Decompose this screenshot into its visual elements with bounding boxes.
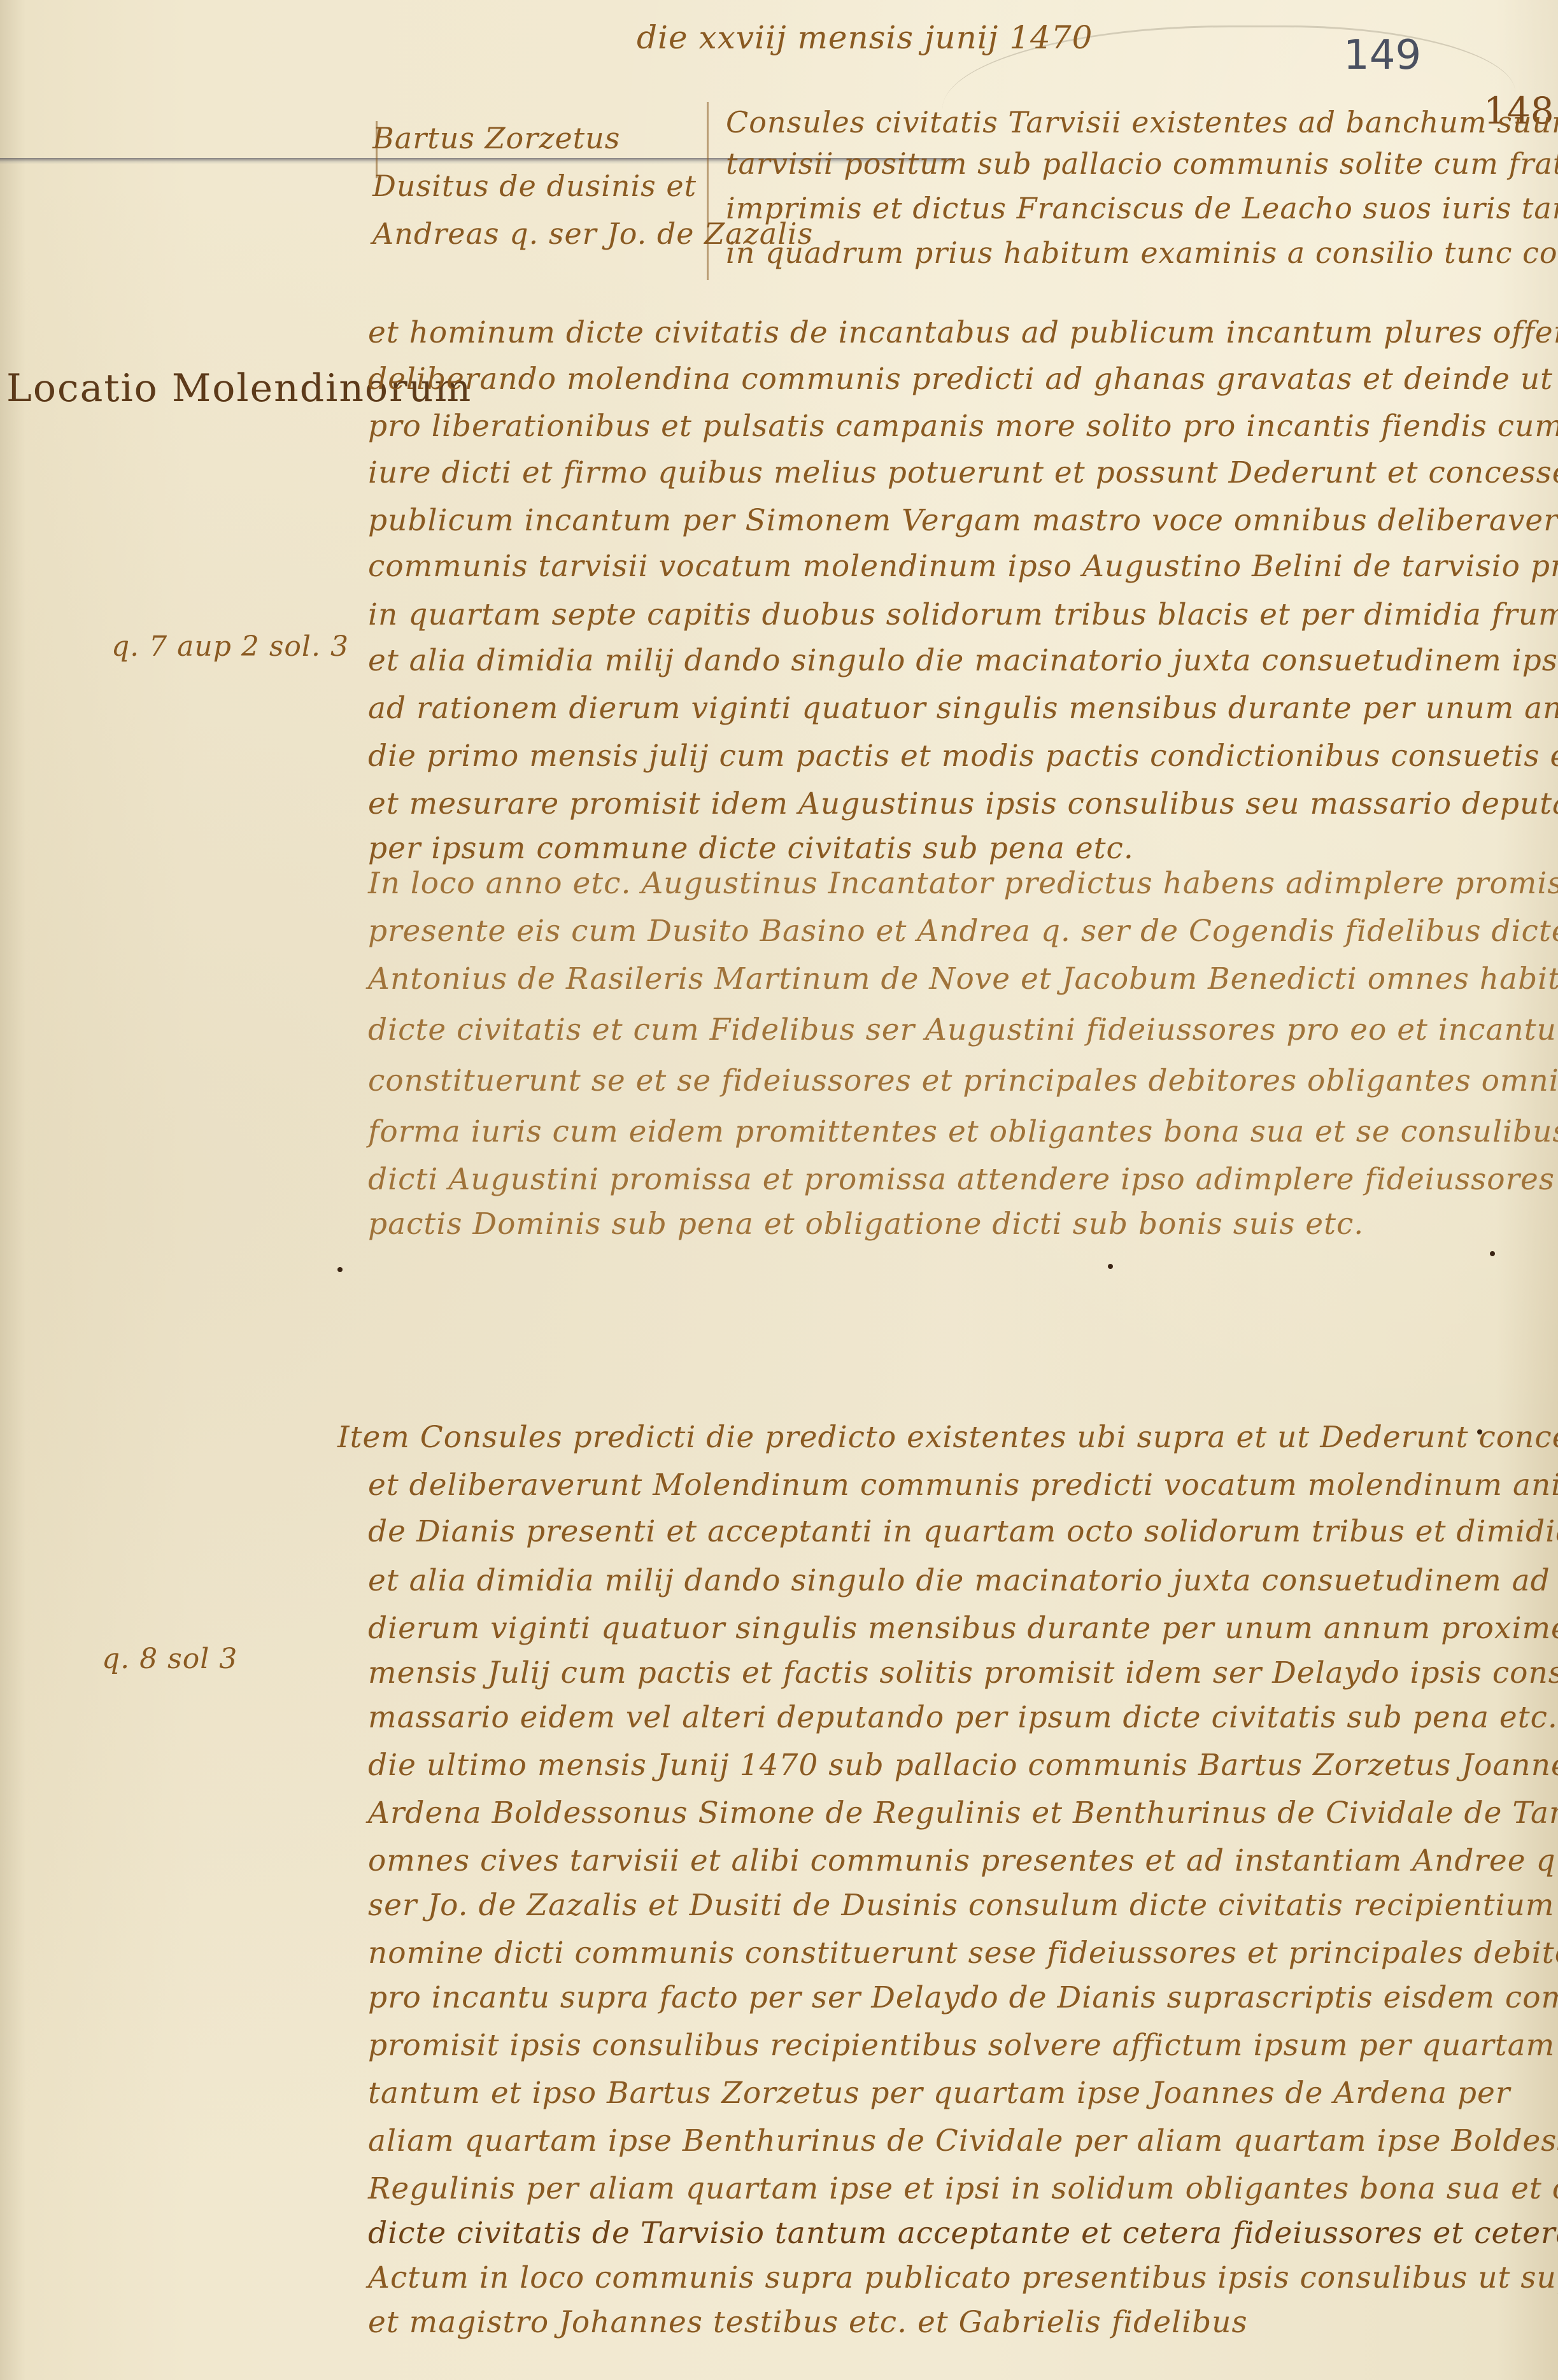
text-line: Antonius de Rasileris Martinum de Nove e… xyxy=(368,961,1558,996)
text-line: dicti Augustini promissa et promissa att… xyxy=(368,1162,1558,1197)
text-line: presente eis cum Dusito Basino et Andrea… xyxy=(368,914,1558,949)
ink-spot xyxy=(337,1267,343,1272)
text-line: mensis Julij cum pactis et factis soliti… xyxy=(368,1655,1558,1690)
name-line-1: Bartus Zorzetus xyxy=(372,121,620,155)
intro-line-4: in quadrum prius habitum examinis a cons… xyxy=(726,236,1558,270)
text-line: deliberando molendina communis predicti … xyxy=(368,362,1558,397)
text-line: et alia dimidia milij dando singulo die … xyxy=(368,1563,1558,1598)
text-line: forma iuris cum eidem promittentes et ob… xyxy=(368,1114,1558,1149)
ink-spot xyxy=(1490,1251,1495,1256)
text-line: promisit ipsis consulibus recipientibus … xyxy=(368,2028,1558,2063)
text-line: pro incantu supra facto per ser Delaydo … xyxy=(368,1980,1558,2015)
folio-number-pencil: 149 xyxy=(1343,32,1421,79)
text-line: Item Consules predicti die predicto exis… xyxy=(337,1420,1558,1455)
text-line: tantum et ipso Bartus Zorzetus per quart… xyxy=(368,2076,1510,2111)
text-line: die primo mensis julij cum pactis et mod… xyxy=(368,739,1558,774)
intro-line-2: tarvisii positum sub pallacio communis s… xyxy=(726,146,1558,181)
text-line: in quartam septe capitis duobus solidoru… xyxy=(368,597,1558,632)
text-line: die ultimo mensis Junij 1470 sub pallaci… xyxy=(368,1748,1558,1783)
manuscript-page: die xxviij mensis junij 1470 149 148 Bar… xyxy=(0,0,1558,2380)
text-line: Ardena Boldessonus Simone de Regulinis e… xyxy=(368,1796,1558,1831)
ink-spot xyxy=(1477,1429,1482,1434)
header-date: die xxviij mensis junij 1470 xyxy=(637,19,1093,56)
text-line: aliam quartam ipse Benthurinus de Civida… xyxy=(368,2123,1558,2158)
text-line: et mesurare promisit idem Augustinus ips… xyxy=(368,786,1558,821)
intro-line-3: imprimis et dictus Franciscus de Leacho … xyxy=(726,191,1558,225)
text-line: pro liberationibus et pulsatis campanis … xyxy=(368,409,1558,444)
name-line-2: Dusitus de dusinis et xyxy=(372,169,697,203)
text-line: constituerunt se et se fideiussores et p… xyxy=(368,1063,1558,1098)
margin-note-2: q. 8 sol 3 xyxy=(102,1643,237,1675)
margin-note-1: q. 7 aup 2 sol. 3 xyxy=(111,630,349,663)
text-line: dicte civitatis et cum Fidelibus ser Aug… xyxy=(368,1012,1558,1047)
text-line: ad rationem dierum viginti quatuor singu… xyxy=(368,691,1558,726)
text-line: de Dianis presenti et acceptanti in quar… xyxy=(368,1514,1558,1549)
text-line: pactis Dominis sub pena et obligatione d… xyxy=(368,1207,1364,1242)
intro-bracket xyxy=(707,102,712,280)
ink-spot xyxy=(1108,1264,1113,1269)
text-line: communis tarvisii vocatum molendinum ips… xyxy=(368,549,1558,584)
text-line: omnes cives tarvisii et alibi communis p… xyxy=(368,1843,1558,1878)
text-line: Regulinis per aliam quartam ipse et ipsi… xyxy=(368,2171,1558,2206)
text-line: iure dicti et firmo quibus melius potuer… xyxy=(368,455,1558,490)
text-line: In loco anno etc. Augustinus Incantator … xyxy=(368,866,1558,901)
text-line: Actum in loco communis supra publicato p… xyxy=(368,2260,1558,2295)
text-line: et magistro Johannes testibus etc. et Ga… xyxy=(368,2305,1248,2340)
text-line: ser Jo. de Zazalis et Dusiti de Dusinis … xyxy=(368,1888,1554,1923)
text-line: dierum viginti quatuor singulis mensibus… xyxy=(368,1611,1558,1646)
text-line: et deliberaverunt Molendinum communis pr… xyxy=(368,1468,1558,1503)
intro-line-1: Consules civitatis Tarvisii existentes a… xyxy=(726,105,1558,139)
text-line: et alia dimidia milij dando singulo die … xyxy=(368,643,1558,678)
text-line: per ipsum commune dicte civitatis sub pe… xyxy=(368,831,1134,866)
text-line: nomine dicti communis constituerunt sese… xyxy=(368,1936,1558,1971)
text-line: publicum incantum per Simonem Vergam mas… xyxy=(368,503,1558,538)
text-line: massario eidem vel alteri deputando per … xyxy=(368,1700,1558,1735)
text-line: dicte civitatis de Tarvisio tantum accep… xyxy=(368,2216,1558,2251)
text-line: et hominum dicte civitatis de incantabus… xyxy=(368,315,1558,350)
